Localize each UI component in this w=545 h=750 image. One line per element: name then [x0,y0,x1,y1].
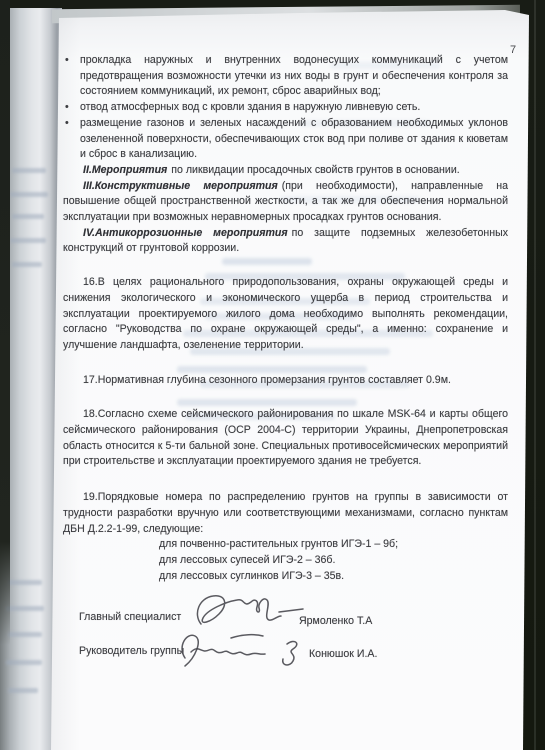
section-numeral: II. [83,164,92,176]
signer-role: Главный специалист [79,610,181,626]
document-page: 7 • прокладка наружных и внутренних водо… [0,0,545,750]
section-numeral: III. [83,180,95,192]
document-body: • прокладка наружных и внутренних водоне… [63,48,508,712]
cover-edge-highlight [534,0,536,750]
paragraph-16: 16.В целях рационального природопользова… [63,275,508,354]
bullet-list: • прокладка наружных и внутренних водоне… [63,53,508,163]
section-heading: Антикоррозионные мероприятия [95,227,288,239]
soil-group-line: для почвенно-растительных грунтов ИГЭ-1 … [63,537,508,553]
section-iv: IV.Антикоррозионные мероприятияпо защите… [63,226,508,257]
soil-group-list: для почвенно-растительных грунтов ИГЭ-1 … [63,537,508,584]
paragraph-18: 18.Согласно схеме сейсмического райониро… [63,407,508,470]
bullet-icon: • [63,116,80,163]
book-spine-shadow [0,0,10,645]
section-text: по ликвидации просадочных свойств грунто… [171,164,459,176]
soil-group-line: для лессовых супесей ИГЭ-2 – 36б. [63,553,508,569]
list-item-text: отвод атмосферных вод с кровли здания в … [80,100,508,116]
section-heading: Конструктивные мероприятия [95,180,278,192]
list-item: • размещение газонов и зеленых насаждени… [63,116,508,163]
paragraph-19: 19.Порядковые номера по распределению гр… [63,490,508,537]
page-number: 7 [510,44,516,56]
section-ii: II.Мероприятияпо ликвидации просадочных … [63,163,508,179]
paragraph-17: 17.Нормативная глубина сезонного промерз… [63,373,508,389]
soil-group-line: для лессовых суглинков ИГЭ-3 – 35в. [63,569,508,585]
list-item: • отвод атмосферных вод с кровли здания … [63,100,508,116]
list-item-text: размещение газонов и зеленых насаждений … [80,116,508,163]
signer-role: Руководитель группы [79,644,184,660]
signature-stroke [171,628,311,672]
list-item: • прокладка наружных и внутренних водоне… [63,53,508,100]
bullet-icon: • [63,100,80,116]
section-numeral: IV. [83,227,95,239]
scanned-document-photo: 7 • прокладка наружных и внутренних водо… [0,0,545,750]
list-item-text: прокладка наружных и внутренних водонесу… [80,53,508,100]
signature-block: Главный специалист Ярмоленко Т.А Руковод… [63,602,508,712]
section-iii: III.Конструктивные мероприятия(при необх… [63,179,508,226]
bullet-icon: • [63,53,80,100]
signer-name: Конюшок И.А. [309,647,377,663]
section-heading: Мероприятия [92,164,167,176]
